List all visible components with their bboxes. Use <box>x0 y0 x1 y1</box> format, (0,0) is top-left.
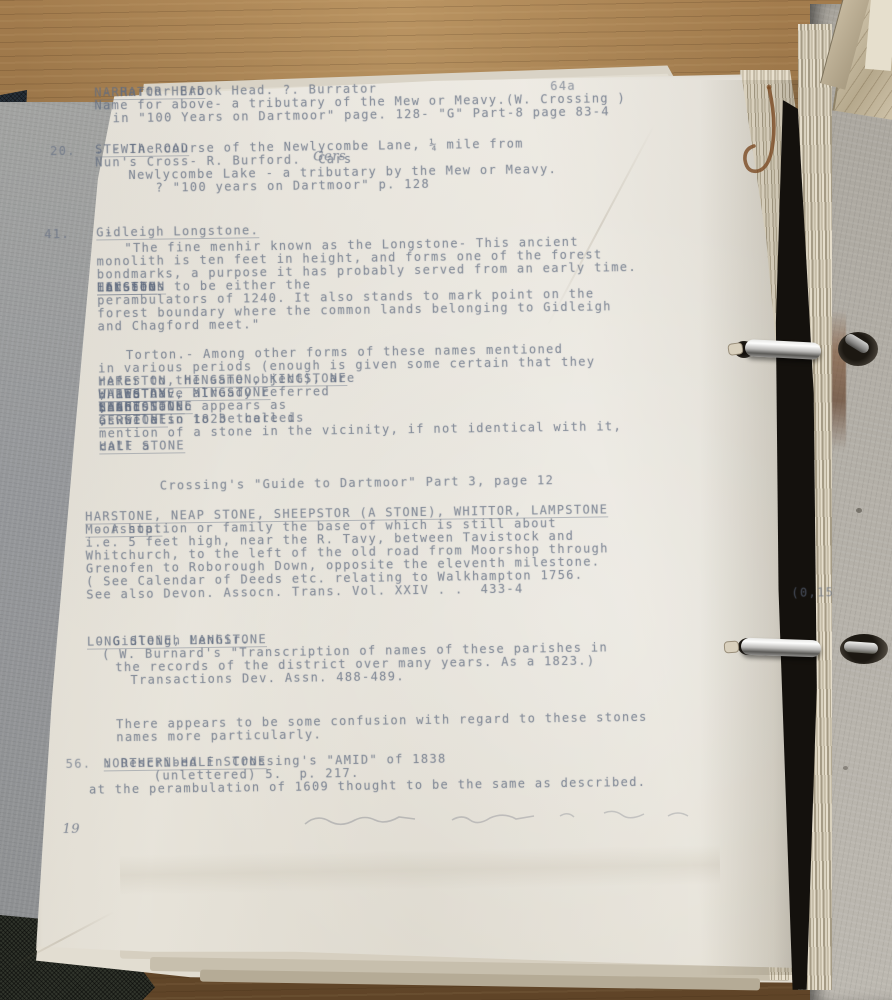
text-segment: ? "100 years on Dartmoor" p. 128 <box>156 178 431 195</box>
text-segment: Crossing's "Guide to Dartmoor" Part 3, p… <box>160 474 555 493</box>
text-segment: 20. <box>50 145 76 158</box>
photo-of-ring-binder-typescript: NARRATOR HEAD - Hartor Brook Head. ?. Bu… <box>0 0 892 1000</box>
typed-text-layer: NARRATOR HEAD - Hartor Brook Head. ?. Bu… <box>0 0 892 1000</box>
text-segment: and Chagford meet." <box>97 318 260 333</box>
text-segment: (0,15 <box>791 586 834 600</box>
text-segment: 19 <box>62 823 80 836</box>
text-segment: Transactions Dev. Assn. 488-489. <box>130 670 405 687</box>
text-segment: 56. <box>66 758 92 771</box>
text-segment: Gers <box>313 150 346 163</box>
text-segment: 41. <box>44 228 70 241</box>
text-segment: names more particularly. <box>116 728 322 744</box>
underlined-text: Gidleigh Longstone. <box>96 224 259 240</box>
text-segment: - <box>96 226 113 239</box>
text-segment: . " <box>99 440 125 453</box>
